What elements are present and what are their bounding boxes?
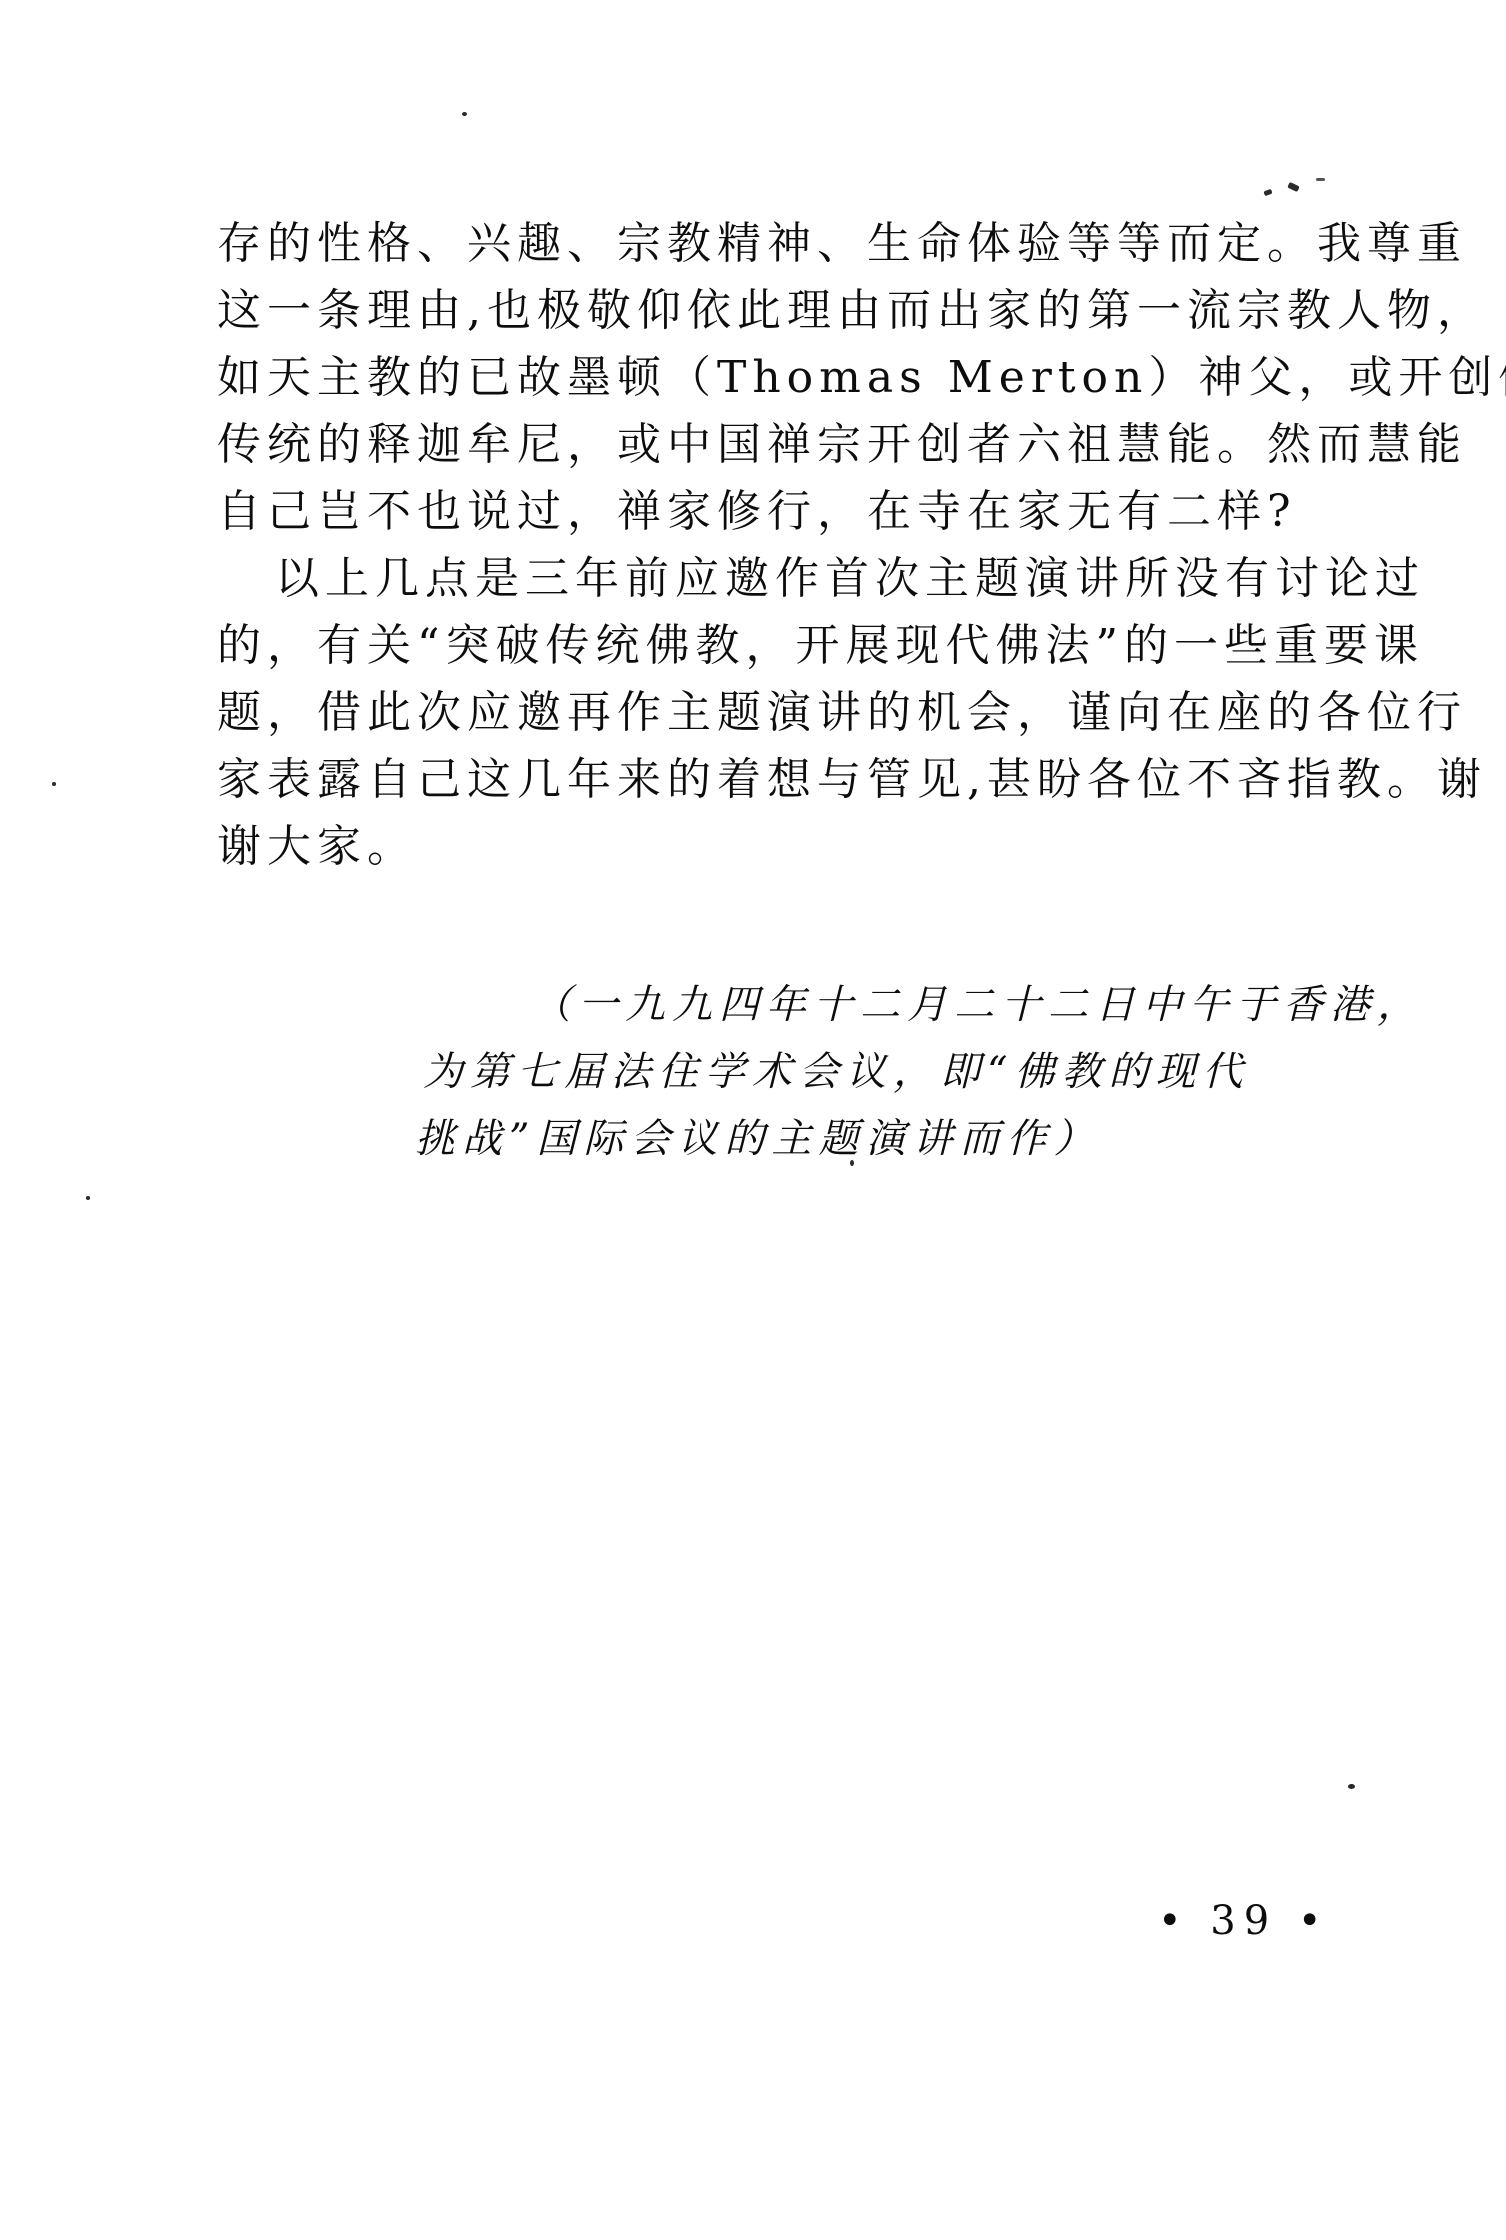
scan-speck [86,1196,90,1200]
page-number: • 39 • [1158,1898,1330,1944]
body-line: 自己岂不也说过，禅家修行，在寺在家无有二样? [217,478,1367,545]
body-line: 家表露自己这几年来的着想与管见,甚盼各位不吝指教。谢 [217,746,1367,813]
scan-speck [462,112,467,116]
body-line: 的，有关“突破传统佛教，开展现代佛法”的一些重要课 [217,612,1367,679]
body-line: 存的性格、兴趣、宗教精神、生命体验等等而定。我尊重 [217,210,1367,277]
body-line: 这一条理由,也极敬仰依此理由而出家的第一流宗教人物， [217,277,1367,344]
scanned-book-page: 存的性格、兴趣、宗教精神、生命体验等等而定。我尊重 这一条理由,也极敬仰依此理由… [0,0,1506,2240]
scan-speck [1263,189,1272,196]
paragraph-2: 以上几点是三年前应邀作首次主题演讲所没有讨论过 的，有关“突破传统佛教，开展现代… [217,545,1367,880]
body-line: 传统的释迦牟尼，或中国禅宗开创者六祖慧能。然而慧能 [217,411,1367,478]
scan-speck [52,782,56,786]
main-text-block: 存的性格、兴趣、宗教精神、生命体验等等而定。我尊重 这一条理由,也极敬仰依此理由… [217,210,1367,880]
body-line: 如天主教的已故墨顿（Thomas Merton）神父，或开创佛教 [217,344,1367,411]
attribution-line: 为第七届法住学术会议，即“佛教的现代 [423,1039,1424,1106]
body-line: 以上几点是三年前应邀作首次主题演讲所没有讨论过 [217,545,1367,612]
attribution-block: （一九九四年十二月二十二日中午于香港， 为第七届法住学术会议，即“佛教的现代 挑… [217,972,1424,1173]
body-line: 题，借此次应邀再作主题演讲的机会，谨向在座的各位行 [217,679,1367,746]
scan-speck [1348,1784,1355,1789]
attribution-line: （一九九四年十二月二十二日中午于香港， [531,972,1424,1039]
body-line: 谢大家。 [217,813,1367,880]
scan-speck [850,1160,854,1166]
scan-speck [1287,182,1300,192]
attribution-line: 挑战”国际会议的主题演讲而作） [415,1106,1424,1173]
scan-speck [1316,178,1325,181]
paragraph-1: 存的性格、兴趣、宗教精神、生命体验等等而定。我尊重 这一条理由,也极敬仰依此理由… [217,210,1367,545]
